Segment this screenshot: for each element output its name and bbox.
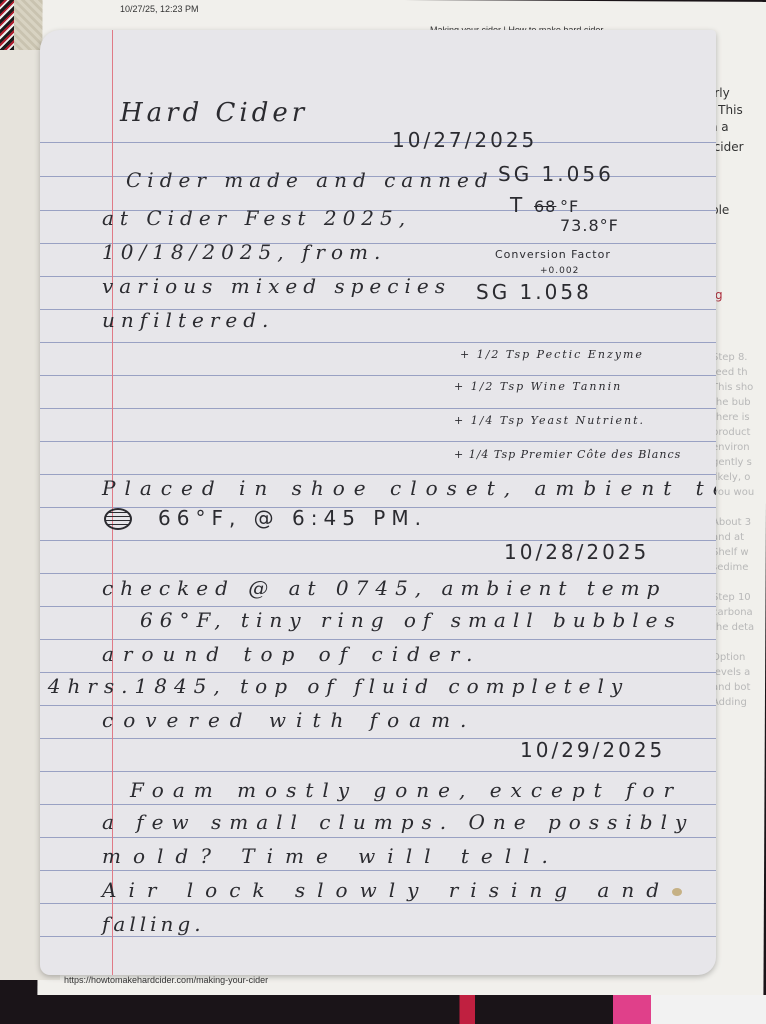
note-line: at Cider Fest 2025, xyxy=(102,206,411,230)
rule-line xyxy=(40,142,716,143)
note-line: Foam mostly gone, except for xyxy=(130,778,682,802)
rule-line xyxy=(40,672,716,673)
notebook-title: Hard Cider xyxy=(120,98,308,128)
addition-item: + 1/4 Tsp Yeast Nutrient. xyxy=(454,414,645,427)
note-line: 66°F, tiny ring of small bubbles xyxy=(140,608,682,632)
note-line: a few small clumps. One possibly xyxy=(102,810,694,834)
rule-line xyxy=(40,705,716,706)
temp-unit: °F xyxy=(560,197,579,216)
note-line: covered with foam. xyxy=(102,708,476,732)
note-line: 66°F, @ 6:45 PM. xyxy=(158,506,427,530)
print-timestamp: 10/27/25, 12:23 PM xyxy=(120,4,199,14)
note-line: 24hrs.1845, top of fluid completely xyxy=(40,674,629,698)
rule-line xyxy=(40,474,716,475)
note-line: around top of cider. xyxy=(102,642,481,666)
entry-date: 10/27/2025 xyxy=(392,128,537,152)
temp-crossed-out: 68 xyxy=(534,197,556,216)
rule-line xyxy=(40,606,716,607)
note-line: unfiltered. xyxy=(102,308,274,332)
entry-date: 10/28/2025 xyxy=(504,540,649,564)
sg-corrected: SG 1.058 xyxy=(476,280,592,304)
notebook-page: Hard Cider 10/27/2025 SG 1.056 T 68 °F 7… xyxy=(40,30,716,975)
note-line: Air lock slowly rising and xyxy=(102,878,671,902)
note-line: 10/18/2025, from. xyxy=(102,240,386,264)
rule-line xyxy=(40,936,716,937)
sg-measured: SG 1.056 xyxy=(498,162,614,186)
addition-item: + 1/2 Tsp Wine Tannin xyxy=(454,380,622,393)
conversion-factor-label: Conversion Factor xyxy=(495,248,611,261)
background-items xyxy=(0,995,766,1024)
note-line: various mixed species xyxy=(102,274,451,298)
note-line: Cider made and canned xyxy=(126,168,494,192)
note-line: mold? Time will tell. xyxy=(102,844,560,868)
paper-stain xyxy=(672,888,682,896)
scribble-mark xyxy=(104,508,132,530)
entry-date: 10/29/2025 xyxy=(520,738,665,762)
note-line: falling. xyxy=(102,912,205,936)
note-line: Placed in shoe closet, ambient temp xyxy=(102,476,716,500)
print-faded-side-text: Step 8.feed thThis shothe bubthere ispro… xyxy=(712,350,766,710)
rule-line xyxy=(40,441,716,442)
rule-line xyxy=(40,903,716,904)
note-line: checked @ at 0745, ambient temp xyxy=(102,576,666,600)
rule-line xyxy=(40,375,716,376)
rule-line xyxy=(40,408,716,409)
addition-item: + 1/2 Tsp Pectic Enzyme xyxy=(460,348,644,361)
conversion-factor-value: +0.002 xyxy=(540,266,579,276)
addition-item: + 1/4 Tsp Premier Côte des Blancs xyxy=(454,448,681,461)
temp-value: 73.8°F xyxy=(560,216,619,235)
rule-line xyxy=(40,342,716,343)
temp-label: T xyxy=(510,193,523,217)
rule-line xyxy=(40,837,716,838)
rule-line xyxy=(40,573,716,574)
rule-line xyxy=(40,639,716,640)
print-url: https://howtomakehardcider.com/making-yo… xyxy=(64,975,268,985)
rule-line xyxy=(40,870,716,871)
background-fabric-stripe xyxy=(0,0,14,50)
rule-line xyxy=(40,804,716,805)
rule-line xyxy=(40,771,716,772)
